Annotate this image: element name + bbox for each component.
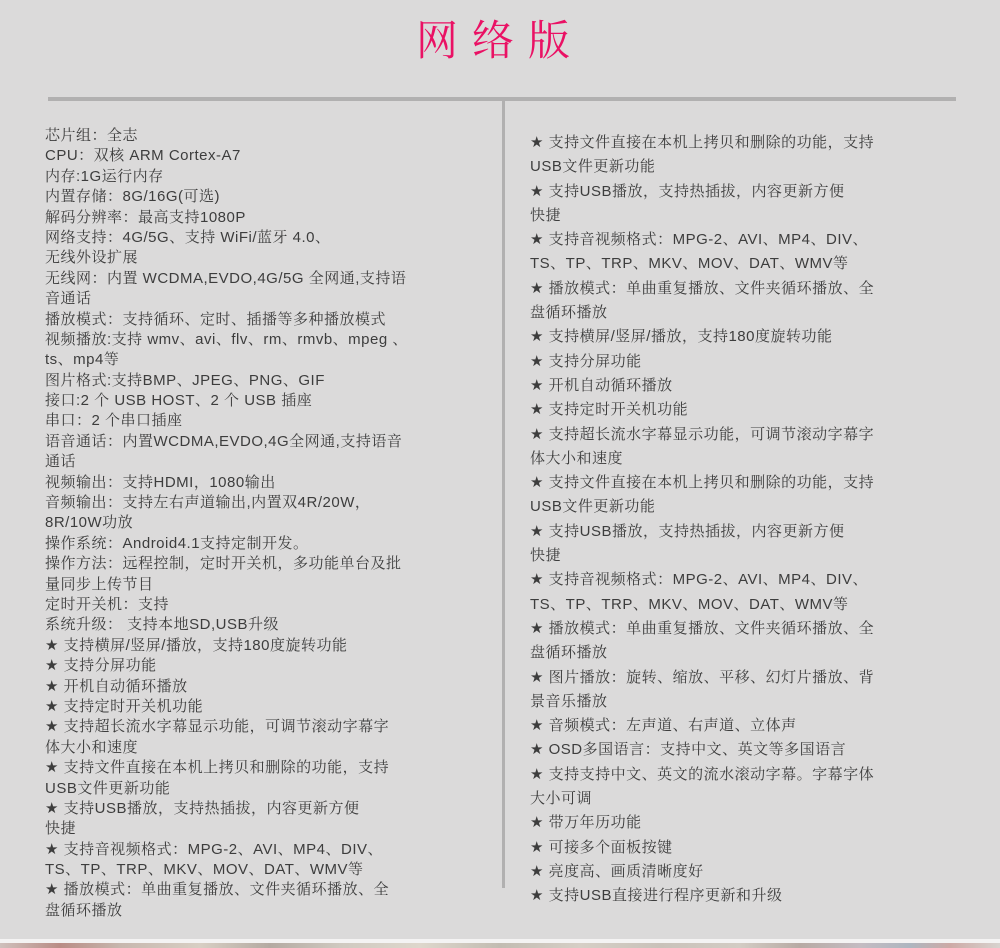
spec-line: ★ 播放模式：单曲重复播放、文件夹循环播放、全: [530, 277, 990, 301]
cropped-photo-edge: [0, 943, 1000, 948]
spec-line: 音频输出：支持左右声道输出,内置双4R/20W，: [45, 493, 500, 513]
vertical-divider: [502, 99, 505, 888]
spec-line: ★ 支持音视频格式：MPG-2、AVI、MP4、DIV、: [530, 568, 990, 592]
spec-line: ★ 支持文件直接在本机上拷贝和删除的功能，支持: [530, 131, 990, 155]
spec-line: ★ 支持USB播放，支持热插拔，内容更新方便: [530, 180, 990, 204]
spec-line: 视频输出：支持HDMI，1080输出: [45, 473, 500, 493]
spec-line: TS、TP、TRP、MKV、MOV、DAT、WMV等: [45, 860, 500, 880]
spec-line: ★ 支持横屏/竖屏/播放，支持180度旋转功能: [45, 636, 500, 656]
spec-line: 大小可调: [530, 787, 990, 811]
spec-line: ★ 支持音视频格式：MPG-2、AVI、MP4、DIV、: [530, 228, 990, 252]
spec-line: 芯片组：全志: [45, 126, 500, 146]
spec-line: 量同步上传节目: [45, 575, 500, 595]
spec-line: 串口：2 个串口插座: [45, 411, 500, 431]
spec-line: 盘循环播放: [530, 301, 990, 325]
spec-line: 定时开关机：支持: [45, 595, 500, 615]
spec-line: ★ 支持文件直接在本机上拷贝和删除的功能，支持: [530, 471, 990, 495]
spec-column-right: ★ 支持文件直接在本机上拷贝和删除的功能，支持USB文件更新功能★ 支持USB播…: [530, 131, 990, 909]
spec-line: 视频播放:支持 wmv、avi、flv、rm、rmvb、mpeg 、: [45, 330, 500, 350]
spec-line: ★ 图片播放：旋转、缩放、平移、幻灯片播放、背: [530, 666, 990, 690]
spec-line: 内置存储：8G/16G(可选): [45, 187, 500, 207]
spec-line: ★ 支持超长流水字幕显示功能，可调节滚动字幕字: [530, 423, 990, 447]
spec-line: 无线外设扩展: [45, 248, 500, 268]
spec-line: 接口:2 个 USB HOST、2 个 USB 插座: [45, 391, 500, 411]
spec-line: ★ 亮度高、画质清晰度好: [530, 860, 990, 884]
spec-line: ★ 开机自动循环播放: [530, 374, 990, 398]
spec-line: ★ 开机自动循环播放: [45, 677, 500, 697]
spec-line: ★ 支持USB播放，支持热插拔，内容更新方便: [45, 799, 500, 819]
spec-line: 无线网：内置 WCDMA,EVDO,4G/5G 全网通,支持语: [45, 269, 500, 289]
spec-line: 快捷: [530, 544, 990, 568]
spec-line: ★ 支持定时开关机功能: [45, 697, 500, 717]
spec-line: 通话: [45, 452, 500, 472]
spec-line: ★ OSD多国语言：支持中文、英文等多国语言: [530, 738, 990, 762]
spec-line: 操作方法：远程控制，定时开关机，多功能单台及批: [45, 554, 500, 574]
spec-line: ts、mp4等: [45, 350, 500, 370]
spec-line: ★ 支持定时开关机功能: [530, 398, 990, 422]
spec-line: TS、TP、TRP、MKV、MOV、DAT、WMV等: [530, 593, 990, 617]
spec-line: ★ 支持USB播放，支持热插拔，内容更新方便: [530, 520, 990, 544]
spec-line: 体大小和速度: [45, 738, 500, 758]
spec-line: 盘循环播放: [45, 901, 500, 921]
spec-line: 快捷: [530, 204, 990, 228]
spec-line: ★ 支持超长流水字幕显示功能，可调节滚动字幕字: [45, 717, 500, 737]
spec-line: ★ 带万年历功能: [530, 811, 990, 835]
spec-line: 网络支持：4G/5G、支持 WiFi/蓝牙 4.0、: [45, 228, 500, 248]
spec-line: ★ 播放模式：单曲重复播放、文件夹循环播放、全: [530, 617, 990, 641]
spec-line: 盘循环播放: [530, 641, 990, 665]
spec-line: ★ 支持USB直接进行程序更新和升级: [530, 884, 990, 908]
spec-line: 语音通话：内置WCDMA,EVDO,4G全网通,支持语音: [45, 432, 500, 452]
spec-line: USB文件更新功能: [530, 495, 990, 519]
spec-line: 音通话: [45, 289, 500, 309]
spec-line: 图片格式:支持BMP、JPEG、PNG、GIF: [45, 371, 500, 391]
spec-line: ★ 支持音视频格式：MPG-2、AVI、MP4、DIV、: [45, 840, 500, 860]
spec-line: 景音乐播放: [530, 690, 990, 714]
spec-line: USB文件更新功能: [45, 779, 500, 799]
bottom-image-strip: [0, 939, 1000, 948]
spec-line: USB文件更新功能: [530, 155, 990, 179]
spec-line: 内存:1G运行内存: [45, 167, 500, 187]
spec-line: ★ 支持分屏功能: [45, 656, 500, 676]
spec-column-left: 芯片组：全志CPU：双核 ARM Cortex-A7内存:1G运行内存内置存储：…: [45, 126, 500, 921]
spec-line: CPU：双核 ARM Cortex-A7: [45, 146, 500, 166]
spec-line: ★ 音频模式：左声道、右声道、立体声: [530, 714, 990, 738]
spec-line: 播放模式：支持循环、定时、插播等多种播放模式: [45, 310, 500, 330]
spec-line: ★ 支持文件直接在本机上拷贝和删除的功能，支持: [45, 758, 500, 778]
spec-line: 快捷: [45, 819, 500, 839]
page-title: 网络版: [0, 8, 1000, 68]
spec-line: 解码分辨率：最高支持1080P: [45, 208, 500, 228]
spec-line: 操作系统：Android4.1支持定制开发。: [45, 534, 500, 554]
spec-line: 体大小和速度: [530, 447, 990, 471]
spec-line: ★ 支持分屏功能: [530, 350, 990, 374]
spec-line: 系统升级： 支持本地SD,USB升级: [45, 615, 500, 635]
spec-line: TS、TP、TRP、MKV、MOV、DAT、WMV等: [530, 252, 990, 276]
spec-line: ★ 支持横屏/竖屏/播放，支持180度旋转功能: [530, 325, 990, 349]
spec-line: ★ 播放模式：单曲重复播放、文件夹循环播放、全: [45, 880, 500, 900]
spec-line: ★ 支持支持中文、英文的流水滚动字幕。字幕字体: [530, 763, 990, 787]
spec-line: 8R/10W功放: [45, 513, 500, 533]
spec-line: ★ 可接多个面板按键: [530, 836, 990, 860]
